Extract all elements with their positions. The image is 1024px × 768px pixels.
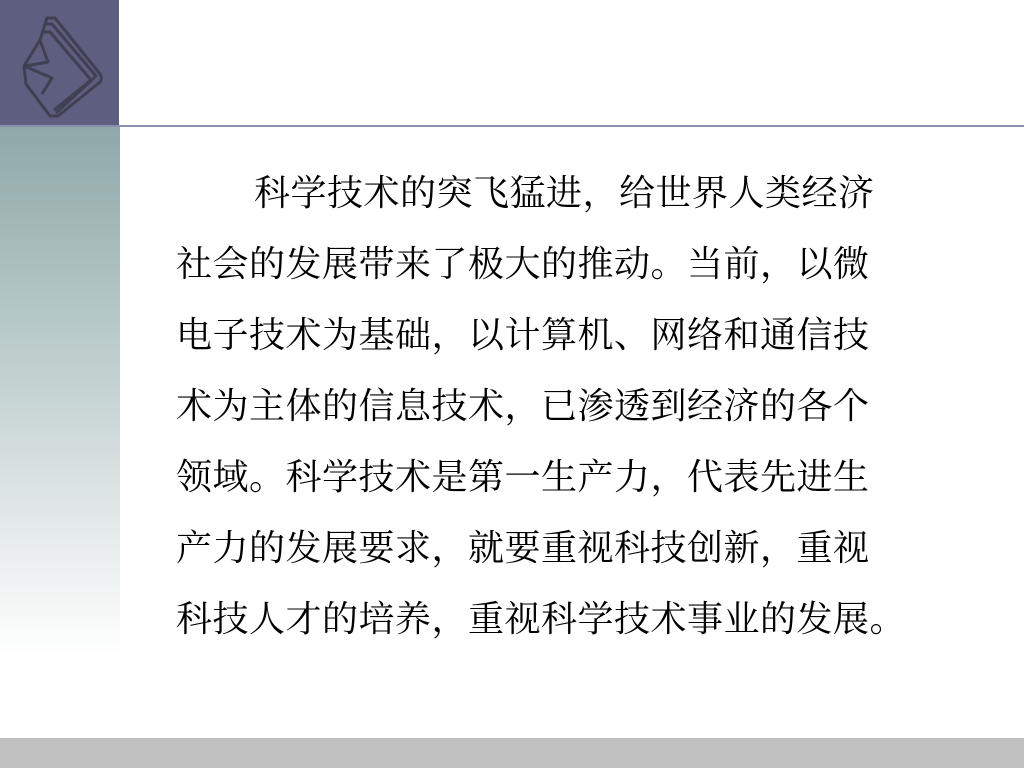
paragraph-line: 术为主体的信息技术，已渗透到经济的各个 — [176, 371, 966, 442]
paragraph-line: 领域。科学技术是第一生产力，代表先进生 — [176, 442, 966, 513]
body-paragraph: 科学技术的突飞猛进，给世界人类经济 社会的发展带来了极大的推动。当前，以微 电子… — [176, 158, 966, 655]
logo-box — [0, 0, 119, 125]
paragraph-line: 科技人才的培养，重视科学技术事业的发展。 — [176, 584, 966, 655]
paragraph-line: 产力的发展要求，就要重视科技创新，重视 — [176, 513, 966, 584]
diamond-arrow-logo-icon — [18, 12, 108, 122]
footer-bar — [0, 738, 1024, 768]
paragraph-line: 社会的发展带来了极大的推动。当前，以微 — [176, 229, 966, 300]
side-gradient-bar — [0, 127, 120, 655]
paragraph-line: 科学技术的突飞猛进，给世界人类经济 — [176, 158, 966, 229]
header-divider — [0, 125, 1024, 127]
paragraph-line: 电子技术为基础，以计算机、网络和通信技 — [176, 300, 966, 371]
slide: 科学技术的突飞猛进，给世界人类经济 社会的发展带来了极大的推动。当前，以微 电子… — [0, 0, 1024, 768]
